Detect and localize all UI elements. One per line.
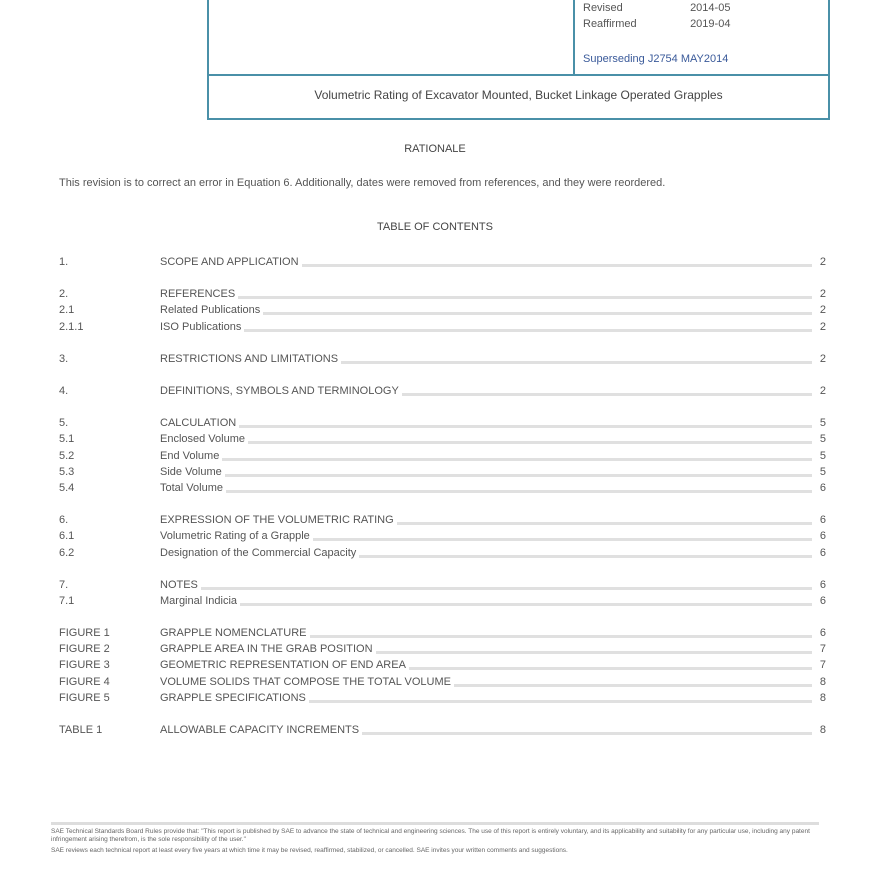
toc-dot-leader xyxy=(362,732,812,735)
toc-entry-page: 2 xyxy=(818,304,826,316)
toc-entry-label: DEFINITIONS, SYMBOLS AND TERMINOLOGY xyxy=(160,385,402,397)
toc-entry[interactable]: 2.1.1ISO Publications2 xyxy=(59,319,826,335)
toc-entry[interactable]: 4.DEFINITIONS, SYMBOLS AND TERMINOLOGY2 xyxy=(59,383,826,399)
toc-dot-leader xyxy=(225,474,812,477)
toc-entry-label: ISO Publications xyxy=(160,321,244,333)
toc-entry-number: FIGURE 4 xyxy=(59,676,160,688)
toc-dot-leader xyxy=(238,296,812,299)
toc-dot-leader xyxy=(359,555,812,558)
reaffirmed-label: Reaffirmed xyxy=(583,18,687,30)
revised-label: Revised xyxy=(583,2,687,14)
toc-dot-leader xyxy=(313,538,812,541)
toc-entry[interactable]: 2.1Related Publications2 xyxy=(59,302,826,318)
toc-entry[interactable]: 6.2Designation of the Commercial Capacit… xyxy=(59,544,826,560)
toc-dot-leader xyxy=(239,425,812,428)
header-divider xyxy=(209,74,828,76)
toc-entry-page: 6 xyxy=(818,514,826,526)
toc-entry-label: CALCULATION xyxy=(160,417,239,429)
toc-entry-page: 5 xyxy=(818,417,826,429)
toc-entry-number: 5.3 xyxy=(59,466,160,478)
toc-entry-label: ALLOWABLE CAPACITY INCREMENTS xyxy=(160,724,362,736)
toc-entry-label: GRAPPLE SPECIFICATIONS xyxy=(160,692,309,704)
toc-entry-label: Total Volume xyxy=(160,482,226,494)
toc-entry-label: Side Volume xyxy=(160,466,225,478)
toc-entry-page: 7 xyxy=(818,659,826,671)
toc-entry-label: GRAPPLE AREA IN THE GRAB POSITION xyxy=(160,643,376,655)
revised-value: 2014-05 xyxy=(690,2,730,14)
toc-entry[interactable]: 5.2End Volume5 xyxy=(59,448,826,464)
toc-entry[interactable]: 5.3Side Volume5 xyxy=(59,464,826,480)
toc-heading: TABLE OF CONTENTS xyxy=(0,221,870,233)
document-title: Volumetric Rating of Excavator Mounted, … xyxy=(209,88,828,102)
toc-entry-page: 6 xyxy=(818,627,826,639)
table-of-contents: 1.SCOPE AND APPLICATION22.REFERENCES22.1… xyxy=(59,254,826,738)
footer-divider xyxy=(51,822,819,825)
toc-entry-page: 8 xyxy=(818,724,826,736)
rationale-heading: RATIONALE xyxy=(0,143,870,155)
toc-entry[interactable]: FIGURE 2GRAPPLE AREA IN THE GRAB POSITIO… xyxy=(59,641,826,657)
reaffirmed-row: Reaffirmed 2019-04 xyxy=(583,18,730,30)
footer-paragraph-2: SAE reviews each technical report at lea… xyxy=(51,847,819,855)
toc-entry[interactable]: 2.REFERENCES2 xyxy=(59,286,826,302)
toc-entry-number: FIGURE 5 xyxy=(59,692,160,704)
toc-entry-number: 6.2 xyxy=(59,547,160,559)
toc-entry[interactable]: FIGURE 4VOLUME SOLIDS THAT COMPOSE THE T… xyxy=(59,674,826,690)
toc-entry-number: 5.2 xyxy=(59,450,160,462)
toc-entry-label: EXPRESSION OF THE VOLUMETRIC RATING xyxy=(160,514,397,526)
footer-notice: SAE Technical Standards Board Rules prov… xyxy=(51,828,819,858)
toc-entry-label: GRAPPLE NOMENCLATURE xyxy=(160,627,310,639)
toc-entry-page: 6 xyxy=(818,482,826,494)
toc-entry-number: FIGURE 2 xyxy=(59,643,160,655)
footer-paragraph-1: SAE Technical Standards Board Rules prov… xyxy=(51,828,819,844)
toc-entry-number: 5.1 xyxy=(59,433,160,445)
toc-entry-number: 6. xyxy=(59,514,160,526)
toc-entry-number: 7. xyxy=(59,579,160,591)
toc-dot-leader xyxy=(302,264,812,267)
toc-dot-leader xyxy=(244,329,812,332)
toc-entry-number: 6.1 xyxy=(59,530,160,542)
toc-entry[interactable]: 6.EXPRESSION OF THE VOLUMETRIC RATING6 xyxy=(59,512,826,528)
reaffirmed-value: 2019-04 xyxy=(690,18,730,30)
toc-entry-number: 5.4 xyxy=(59,482,160,494)
toc-entry-number: 1. xyxy=(59,256,160,268)
superseding-note: Superseding J2754 MAY2014 xyxy=(583,53,728,65)
toc-entry-label: GEOMETRIC REPRESENTATION OF END AREA xyxy=(160,659,409,671)
toc-entry-label: Volumetric Rating of a Grapple xyxy=(160,530,313,542)
toc-entry-label: VOLUME SOLIDS THAT COMPOSE THE TOTAL VOL… xyxy=(160,676,454,688)
toc-entry-number: 2. xyxy=(59,288,160,300)
toc-entry-label: REFERENCES xyxy=(160,288,238,300)
toc-dot-leader xyxy=(454,684,812,687)
toc-entry-number: FIGURE 1 xyxy=(59,627,160,639)
toc-dot-leader xyxy=(222,458,812,461)
toc-entry-label: Enclosed Volume xyxy=(160,433,248,445)
revised-row: Revised 2014-05 xyxy=(583,2,730,14)
toc-dot-leader xyxy=(240,603,812,606)
toc-entry-label: Marginal Indicia xyxy=(160,595,240,607)
toc-entry-page: 2 xyxy=(818,385,826,397)
toc-entry-page: 8 xyxy=(818,676,826,688)
toc-entry-label: Related Publications xyxy=(160,304,263,316)
toc-dot-leader xyxy=(201,587,812,590)
document-header-box: Revised 2014-05 Reaffirmed 2019-04 Super… xyxy=(207,0,830,120)
toc-entry[interactable]: FIGURE 5GRAPPLE SPECIFICATIONS8 xyxy=(59,690,826,706)
header-right-cell: Revised 2014-05 Reaffirmed 2019-04 Super… xyxy=(575,0,828,74)
toc-entry-number: 5. xyxy=(59,417,160,429)
toc-entry-number: 2.1.1 xyxy=(59,321,160,333)
toc-dot-leader xyxy=(341,361,812,364)
toc-entry-page: 5 xyxy=(818,450,826,462)
toc-entry-number: 4. xyxy=(59,385,160,397)
toc-entry-page: 2 xyxy=(818,321,826,333)
toc-entry-number: 2.1 xyxy=(59,304,160,316)
toc-entry[interactable]: 6.1Volumetric Rating of a Grapple6 xyxy=(59,528,826,544)
toc-entry[interactable]: 5.1Enclosed Volume5 xyxy=(59,431,826,447)
toc-dot-leader xyxy=(409,667,812,670)
toc-entry-label: RESTRICTIONS AND LIMITATIONS xyxy=(160,353,341,365)
toc-entry-label: End Volume xyxy=(160,450,222,462)
toc-entry[interactable]: FIGURE 1GRAPPLE NOMENCLATURE6 xyxy=(59,625,826,641)
toc-entry-page: 2 xyxy=(818,256,826,268)
toc-entry-number: 3. xyxy=(59,353,160,365)
toc-entry-page: 5 xyxy=(818,433,826,445)
toc-entry-page: 6 xyxy=(818,530,826,542)
toc-dot-leader xyxy=(397,522,812,525)
toc-entry[interactable]: 7.1Marginal Indicia6 xyxy=(59,593,826,609)
toc-entry-page: 6 xyxy=(818,579,826,591)
toc-entry[interactable]: 3.RESTRICTIONS AND LIMITATIONS2 xyxy=(59,351,826,367)
toc-entry-number: FIGURE 3 xyxy=(59,659,160,671)
toc-entry[interactable]: 5.CALCULATION5 xyxy=(59,415,826,431)
toc-dot-leader xyxy=(226,490,812,493)
toc-dot-leader xyxy=(402,393,812,396)
toc-dot-leader xyxy=(376,651,812,654)
toc-entry-page: 8 xyxy=(818,692,826,704)
toc-entry-page: 2 xyxy=(818,353,826,365)
toc-dot-leader xyxy=(309,700,812,703)
toc-entry-page: 6 xyxy=(818,547,826,559)
toc-entry-page: 6 xyxy=(818,595,826,607)
toc-dot-leader xyxy=(263,312,812,315)
toc-entry-label: SCOPE AND APPLICATION xyxy=(160,256,302,268)
toc-entry-label: Designation of the Commercial Capacity xyxy=(160,547,359,559)
toc-dot-leader xyxy=(248,441,812,444)
toc-entry[interactable]: 1.SCOPE AND APPLICATION2 xyxy=(59,254,826,270)
toc-entry-page: 7 xyxy=(818,643,826,655)
header-left-cell xyxy=(209,0,575,74)
toc-entry[interactable]: TABLE 1ALLOWABLE CAPACITY INCREMENTS8 xyxy=(59,722,826,738)
toc-entry[interactable]: FIGURE 3GEOMETRIC REPRESENTATION OF END … xyxy=(59,657,826,673)
toc-entry[interactable]: 7.NOTES6 xyxy=(59,577,826,593)
toc-entry[interactable]: 5.4Total Volume6 xyxy=(59,480,826,496)
toc-entry-number: 7.1 xyxy=(59,595,160,607)
toc-entry-number: TABLE 1 xyxy=(59,724,160,736)
toc-dot-leader xyxy=(310,635,813,638)
toc-entry-page: 2 xyxy=(818,288,826,300)
toc-entry-page: 5 xyxy=(818,466,826,478)
toc-entry-label: NOTES xyxy=(160,579,201,591)
rationale-text: This revision is to correct an error in … xyxy=(59,176,826,191)
